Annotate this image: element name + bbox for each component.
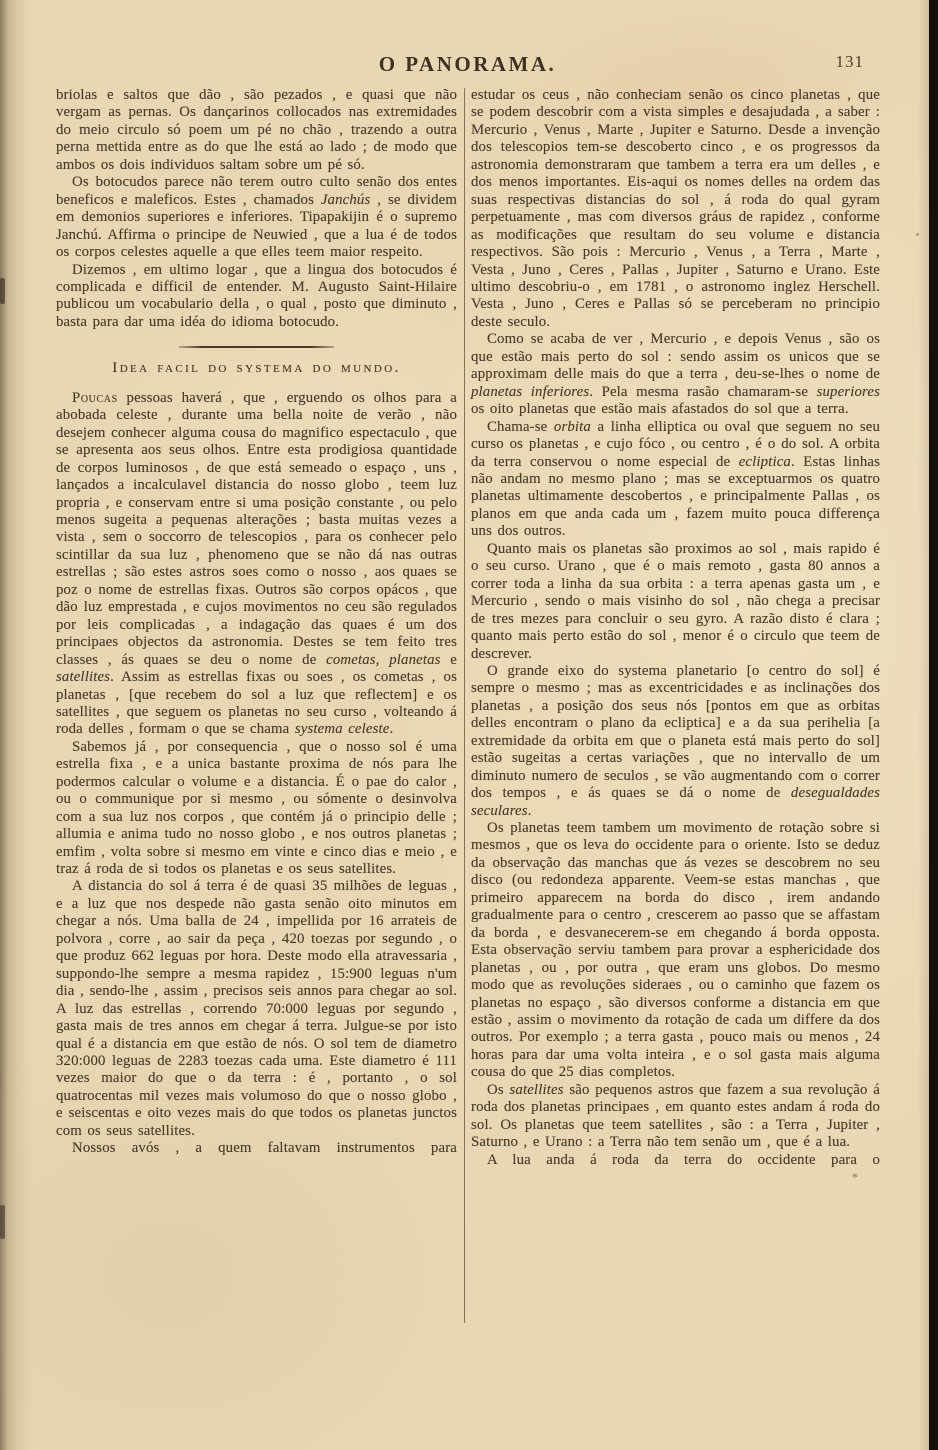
text-segment: Janchús <box>321 192 371 208</box>
page-number: 131 <box>836 52 865 72</box>
text-segment: Poucas <box>72 390 118 406</box>
paragraph: Quanto mais os planetas são proximos ao … <box>471 541 880 663</box>
text-segment: . Assim as estrellas fixas ou soes , os … <box>56 669 457 737</box>
paragraph: Chama-se orbita a linha elliptica ou ova… <box>471 419 880 541</box>
scan-edge-right <box>929 0 938 1450</box>
paragraph: O grande eixo do systema planetario [o c… <box>471 663 880 820</box>
text-segment: briolas e saltos que dão , são pezados ,… <box>56 87 457 173</box>
printer-mark: * <box>471 1169 880 1186</box>
paragraph: Como se acaba de ver , Mercurio , e depo… <box>471 331 880 418</box>
text-segment: Os planetas teem tambem um movimento de … <box>471 820 880 1080</box>
text-segment: Sabemos já , por consequencia , que o no… <box>56 739 457 877</box>
binding-shadow-mark <box>0 1205 5 1239</box>
text-segment: pessoas haverá , que , erguendo os olhos… <box>56 390 457 668</box>
section-heading: Idea facil do systema do mundo. <box>56 359 457 376</box>
text-segment: planetas inferiores <box>471 384 589 400</box>
text-segment: . <box>528 803 532 819</box>
paragraph: Nossos avós , a quem faltavam instrument… <box>56 1140 457 1157</box>
paragraph: Dizemos , em ultimo logar , que a lingua… <box>56 262 457 332</box>
paragraph: Os botocudos parece não terem outro cult… <box>56 174 457 261</box>
text-segment: satellites <box>56 669 110 685</box>
paragraph: A distancia do sol á terra é de quasi 35… <box>56 878 457 1140</box>
text-segment: ecliptica <box>739 454 791 470</box>
text-segment: Como se acaba de ver , Mercurio , e depo… <box>471 331 880 382</box>
text-segment: os oito planetas que estão mais afastado… <box>471 401 849 417</box>
text-segment: systema celeste <box>295 721 390 737</box>
scanned-page: O PANORAMA. 131 briolas e saltos que dão… <box>0 0 938 1450</box>
paragraph: Poucas pessoas haverá , que , erguendo o… <box>56 390 457 739</box>
text-segment: . <box>390 721 394 737</box>
text-segment: Dizemos , em ultimo logar , que a lingua… <box>56 262 457 330</box>
binding-shadow-mark <box>0 278 5 304</box>
text-segment: O grande eixo do systema planetario [o c… <box>471 663 880 801</box>
text-segment: superiores <box>817 384 880 400</box>
text-segment: estudar os ceus , não conheciam senão os… <box>471 87 880 330</box>
text-segment: Os <box>487 1082 510 1098</box>
text-segment: e <box>441 652 457 668</box>
text-segment: A lua anda á roda da terra do occidente … <box>487 1152 880 1168</box>
column-divider <box>464 88 465 1323</box>
paragraph: A lua anda á roda da terra do occidente … <box>471 1152 880 1169</box>
text-segment: Chama-se <box>487 419 554 435</box>
section-divider-rule <box>179 346 334 348</box>
text-segment: . Pela mesma rasão chamaram-se <box>589 384 816 400</box>
ink-speck <box>916 233 919 236</box>
column-right: estudar os ceus , não conheciam senão os… <box>471 87 880 1187</box>
page-title: O PANORAMA. <box>57 52 878 77</box>
paragraph: Os satellites são pequenos astros que fa… <box>471 1082 880 1152</box>
column-left: briolas e saltos que dão , são pezados ,… <box>56 87 457 1158</box>
text-segment: orbita <box>554 419 591 435</box>
paragraph: briolas e saltos que dão , são pezados ,… <box>56 87 457 174</box>
text-segment: Quanto mais os planetas são proximos ao … <box>471 541 880 662</box>
text-segment: satellites <box>510 1082 564 1098</box>
text-segment: cometas, planetas <box>326 652 440 668</box>
paragraph: estudar os ceus , não conheciam senão os… <box>471 87 880 331</box>
paragraph: Os planetas teem tambem um movimento de … <box>471 820 880 1082</box>
text-segment: A distancia do sol á terra é de quasi 35… <box>56 878 457 1138</box>
text-segment: Nossos avós , a quem faltavam instrument… <box>72 1140 457 1156</box>
paragraph: Sabemos já , por consequencia , que o no… <box>56 739 457 879</box>
